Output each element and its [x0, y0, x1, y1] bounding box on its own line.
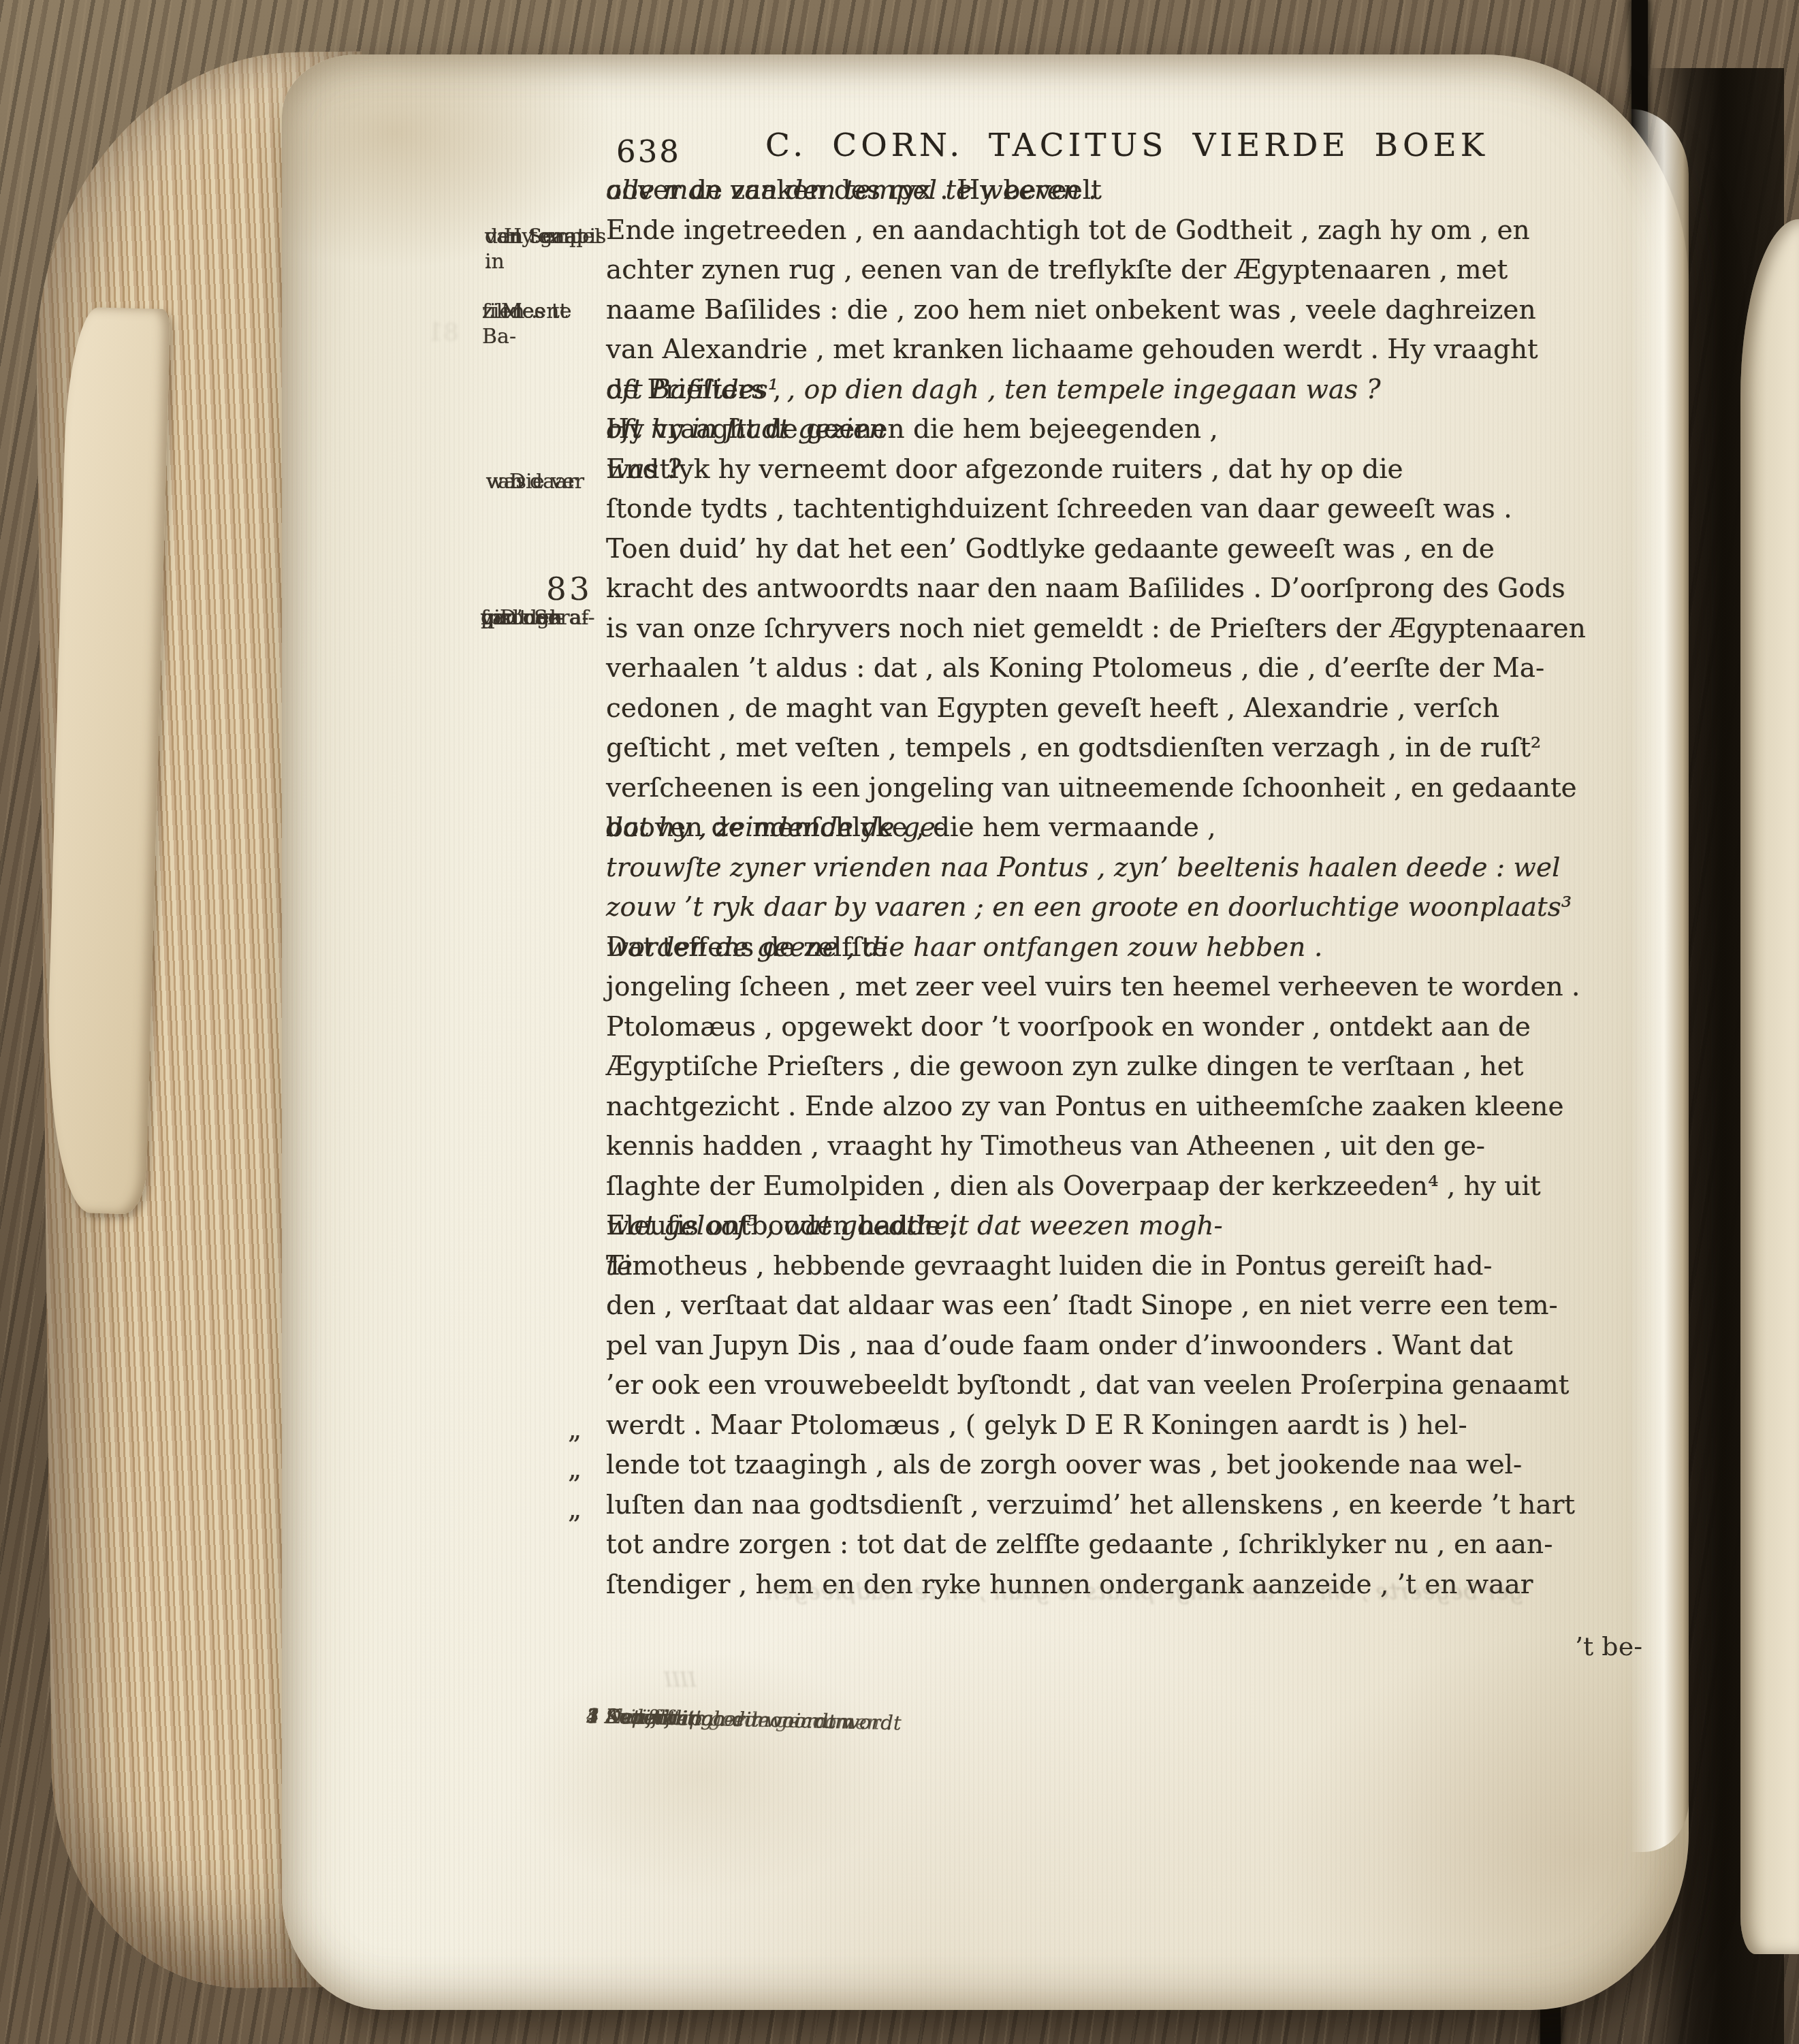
book-photo-scene: 81 638 C. CORN. TACITUS VIERDE BOEK Hy g…: [0, 0, 1799, 2044]
catchword: ’t be-: [1430, 1631, 1642, 1661]
facing-page-edge: [1740, 219, 1799, 1954]
bleedthrough-text: ger begeerte , om tot de heilige plaats …: [640, 1578, 1648, 1605]
quote-mark: „: [568, 1493, 582, 1526]
section-number: 83: [546, 571, 592, 608]
quote-mark: „: [568, 1453, 582, 1486]
margin-notes-column: Hy gaat inden tempelvan Serapis .Meent B…: [0, 0, 613, 1362]
quote-mark: „: [568, 1414, 582, 1446]
bleedthrough-signature-mark: IIII: [664, 1668, 696, 1692]
